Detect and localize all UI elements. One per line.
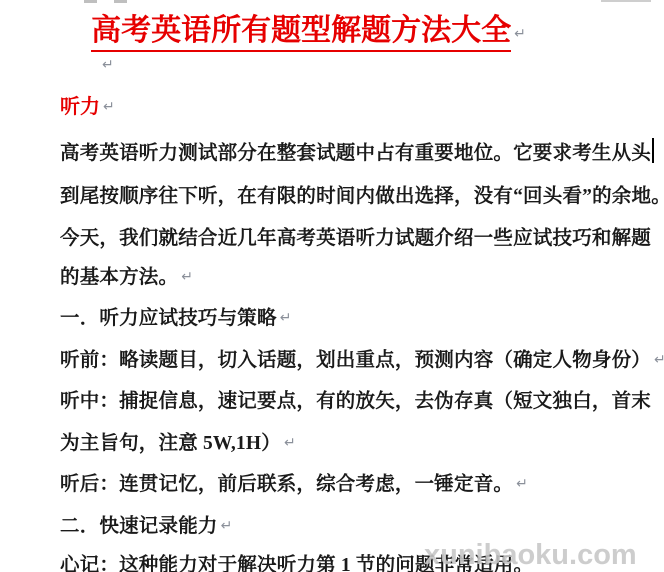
document-page[interactable]: 高考英语所有题型解题方法大全↵ ↵ 听力↵ 高考英语听力测试部分在整套试题中占有… [0, 0, 664, 572]
text-line[interactable]: 一．听力应试技巧与策略↵ [60, 302, 292, 330]
line-text: 到尾按顺序往下听，在有限的时间内做出选择，没有“回头看”的余地。 [60, 186, 664, 207]
section-heading-text: 听力 [60, 96, 100, 118]
line-text: 的基本方法。 [60, 267, 178, 288]
paragraph-mark-icon: ↵ [221, 518, 233, 534]
paragraph-mark-icon: ↵ [102, 57, 114, 73]
line-text: 高考英语听力测试部分在整套试题中占有重要地位。它要求考生从头 [60, 143, 651, 164]
line-text: 二．快速记录能力 [60, 516, 218, 537]
paragraph-mark-icon: ↵ [514, 26, 526, 42]
paragraph-mark-icon: ↵ [284, 435, 296, 451]
paragraph-mark-icon: ↵ [181, 269, 193, 285]
text-line[interactable]: 二．快速记录能力↵ [60, 510, 233, 538]
section-heading-listening[interactable]: 听力↵ [60, 90, 115, 119]
empty-line: ↵ [99, 57, 114, 76]
text-line[interactable]: 今天，我们就结合近几年高考英语听力试题介绍一些应试技巧和解题 [60, 222, 651, 250]
line-text: 今天，我们就结合近几年高考英语听力试题介绍一些应试技巧和解题 [60, 228, 651, 249]
text-line[interactable]: 的基本方法。↵ [60, 261, 193, 289]
doc-title-text: 高考英语所有题型解题方法大全 [91, 14, 511, 52]
text-cursor [652, 138, 654, 163]
text-line[interactable]: 为主旨句，注意 5W,1H）↵ [60, 427, 296, 455]
paragraph-mark-icon: ↵ [516, 476, 528, 492]
watermark: xunibaoku.com [424, 539, 637, 572]
line-text: 听中：捕捉信息，速记要点，有的放矢，去伪存真（短文独白，首末 [60, 391, 651, 412]
top-edge-artifact [114, 0, 127, 3]
paragraph-mark-icon: ↵ [654, 352, 664, 368]
text-line[interactable]: 听中：捕捉信息，速记要点，有的放矢，去伪存真（短文独白，首末 [60, 385, 651, 413]
text-line[interactable]: 听后：连贯记忆，前后联系，综合考虑，一锤定音。↵ [60, 468, 528, 496]
text-line[interactable]: 听前：略读题目，切入话题，划出重点，预测内容（确定人物身份）↵ [60, 344, 664, 372]
text-line[interactable]: 高考英语听力测试部分在整套试题中占有重要地位。它要求考生从头 [60, 137, 654, 165]
paragraph-mark-icon: ↵ [103, 99, 115, 115]
line-text: 为主旨句，注意 5W,1H） [60, 433, 281, 454]
top-edge-artifact [601, 0, 651, 2]
paragraph-mark-icon: ↵ [280, 310, 292, 326]
doc-title[interactable]: 高考英语所有题型解题方法大全↵ [0, 5, 617, 49]
top-edge-artifact [84, 0, 97, 3]
line-text: 一．听力应试技巧与策略 [60, 308, 277, 329]
text-line[interactable]: 到尾按顺序往下听，在有限的时间内做出选择，没有“回头看”的余地。 [60, 180, 664, 208]
line-text: 听前：略读题目，切入话题，划出重点，预测内容（确定人物身份） [60, 350, 651, 371]
line-text: 听后：连贯记忆，前后联系，综合考虑，一锤定音。 [60, 474, 513, 495]
